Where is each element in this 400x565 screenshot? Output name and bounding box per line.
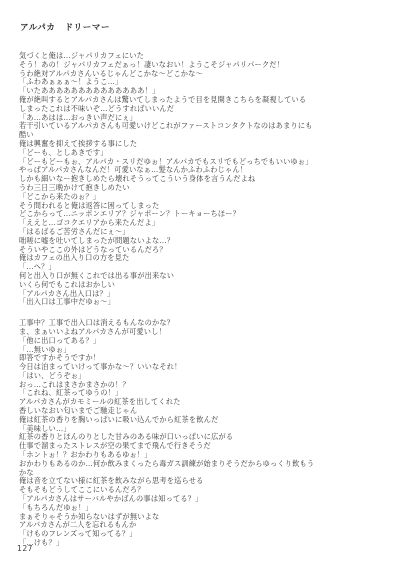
paragraph-block-2: 工事中？工事で出入口は消えるもんなのかな？ま、まぁいいよねアルパカさんが可愛いし…: [19, 319, 394, 548]
text-line: 若干引いているアルパカさんも可愛いけどこれがファーストコンタクトなのはあまりにも: [19, 122, 394, 131]
text-line: 「出入口は工事中だゆぉ～」: [19, 298, 394, 307]
page-number: 127: [17, 544, 33, 553]
body-text: 気づくと俺は…ジャパリカフェにいたそう！あの！ジャパリカフェだぁっ！凄いなおい！…: [19, 52, 394, 548]
text-line: 俺は紅茶の香りを胸いっぱいに吸い込んでから紅茶を飲んだ: [19, 416, 394, 425]
scanned-novel-page: アルパカ ドリーマー 気づくと俺は…ジャパリカフェにいたそう！あの！ジャパリカフ…: [0, 0, 400, 565]
page-title: アルパカ ドリーマー: [20, 21, 110, 33]
text-line: 「…けも？」: [19, 539, 394, 548]
text-line: おかわりもあるのか…何か飲みまくったら毒ガス訓練が始まりそうだからゆっくり飲もう: [19, 460, 394, 469]
text-line: 「他に出口ってある？」: [19, 337, 394, 346]
paragraph-block-1: 気づくと俺は…ジャパリカフェにいたそう！あの！ジャパリカフェだぁっ！凄いなおい！…: [19, 52, 394, 307]
text-line: 俺はカフェの出入り口の方を見た: [19, 254, 394, 263]
text-line: 「けものフレンズって知ってる？」: [19, 530, 394, 539]
